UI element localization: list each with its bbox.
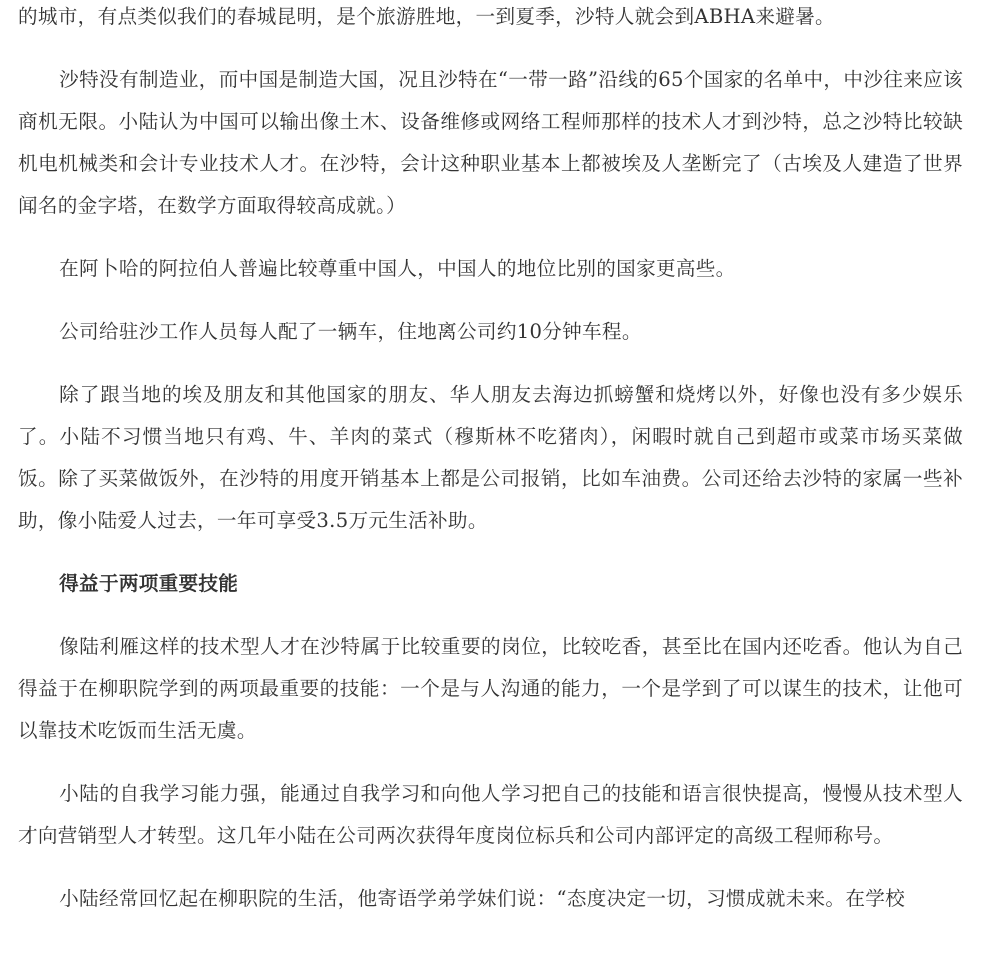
paragraph-skills: 像陆利雁这样的技术型人才在沙特属于比较重要的岗位，比较吃香，甚至比在国内还吃香。… — [18, 626, 963, 752]
paragraph-self-learning: 小陆的自我学习能力强，能通过自我学习和向他人学习把自己的技能和语言很快提高，慢慢… — [18, 773, 963, 857]
article-body: 的城市，有点类似我们的春城昆明，是个旅游胜地，一到夏季，沙特人就会到ABHA来避… — [18, 0, 963, 941]
paragraph-daily-life: 除了跟当地的埃及朋友和其他国家的朋友、华人朋友去海边抓螃蟹和烧烤以外，好像也没有… — [18, 374, 963, 542]
paragraph-continuation: 的城市，有点类似我们的春城昆明，是个旅游胜地，一到夏季，沙特人就会到ABHA来避… — [18, 0, 963, 38]
paragraph-advice: 小陆经常回忆起在柳职院的生活，他寄语学弟学妹们说：“态度决定一切，习惯成就未来。… — [18, 878, 963, 920]
section-heading: 得益于两项重要技能 — [18, 563, 963, 605]
paragraph-saudi-trade: 沙特没有制造业，而中国是制造大国，况且沙特在“一带一路”沿线的65个国家的名单中… — [18, 59, 963, 227]
paragraph-abha-respect: 在阿卜哈的阿拉伯人普遍比较尊重中国人，中国人的地位比别的国家更高些。 — [18, 248, 963, 290]
paragraph-company-car: 公司给驻沙工作人员每人配了一辆车，住地离公司约10分钟车程。 — [18, 311, 963, 353]
